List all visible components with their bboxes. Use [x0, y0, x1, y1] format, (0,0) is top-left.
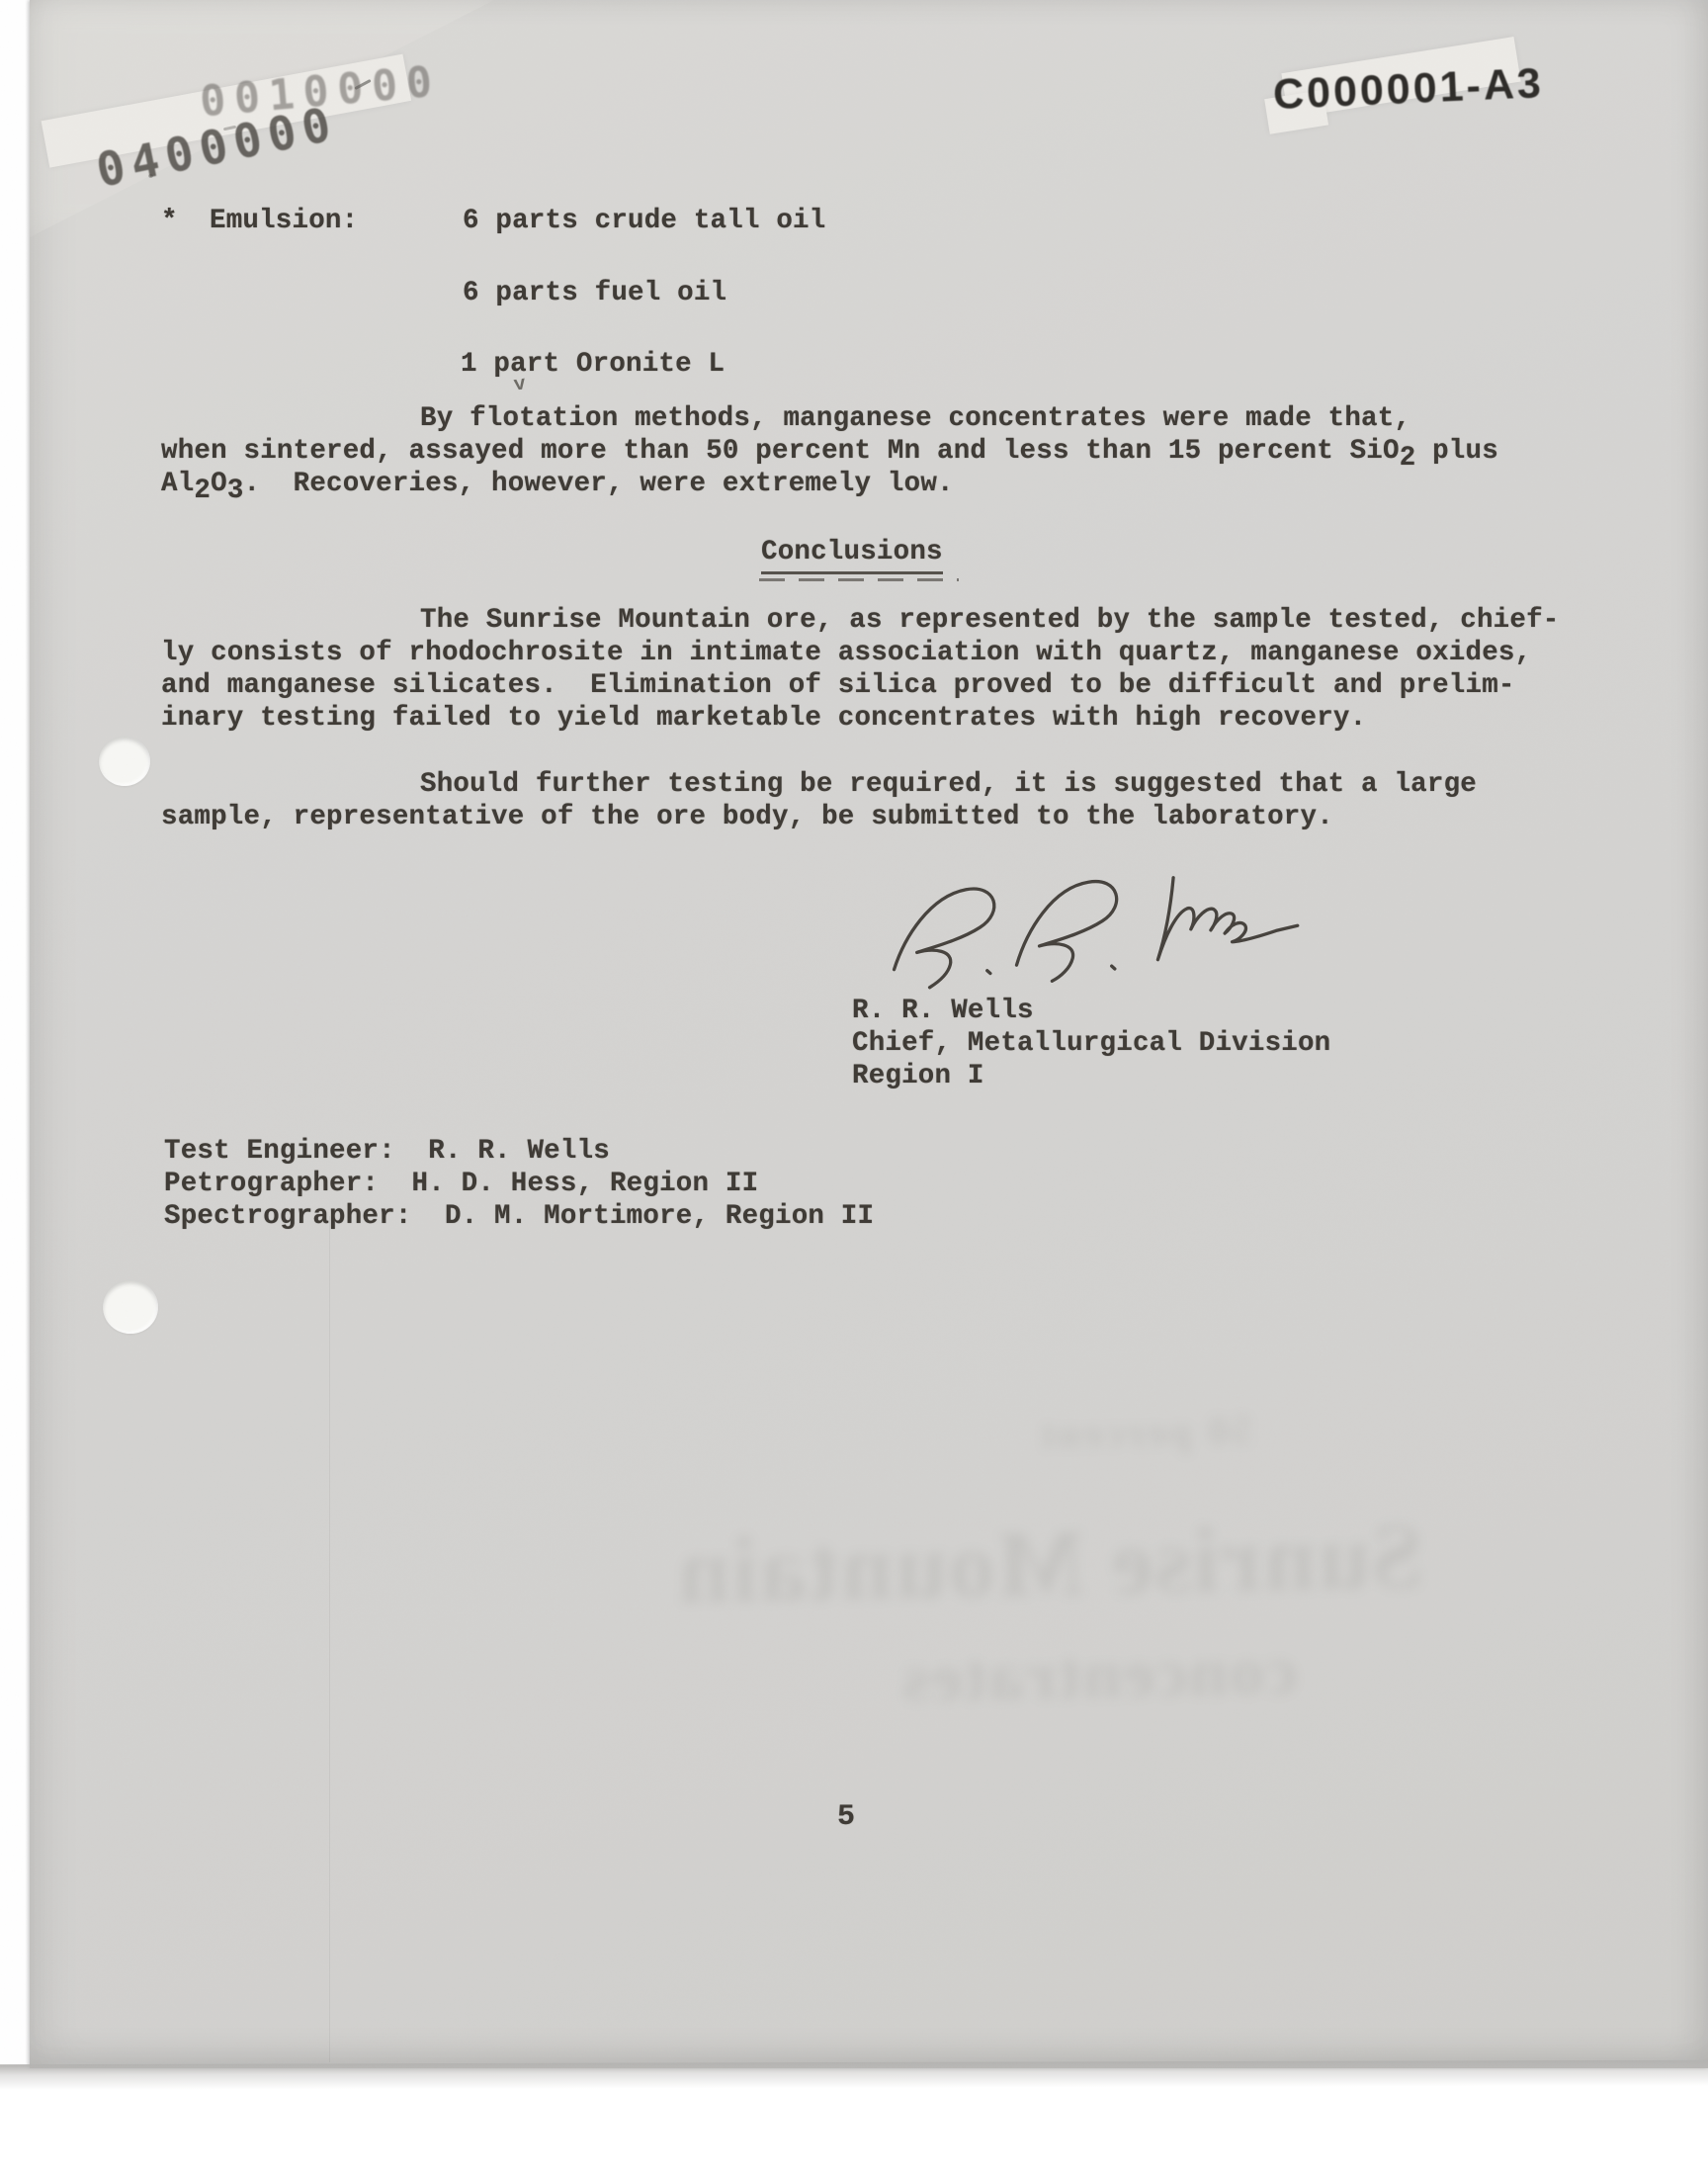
line-fragment: Al — [161, 469, 194, 499]
line-fragment: plus — [1415, 436, 1498, 467]
emulsion-item: 6 parts crude tall oil — [463, 206, 825, 237]
crease-line — [329, 1216, 330, 2062]
footnote-marker: * — [161, 206, 178, 237]
staff-line: Petrographer: H. D. Hess, Region II — [164, 1169, 758, 1200]
heading-text: Conclusions — [761, 537, 943, 574]
paragraph-line: Al2O3. Recoveries, however, were extreme… — [161, 469, 954, 500]
subscript: 3 — [227, 476, 244, 506]
line-fragment: . Recoveries, however, were extremely lo… — [244, 469, 954, 499]
page-number: 5 — [837, 1801, 855, 1833]
paragraph-line: and manganese silicates. Elimination of … — [161, 670, 1515, 702]
emulsion-item: 1 part Oronite L — [461, 349, 725, 381]
signature-script — [872, 856, 1318, 1012]
subscript: 2 — [194, 476, 211, 506]
signer-region: Region I — [852, 1061, 984, 1092]
paragraph-line: when sintered, assayed more than 50 perc… — [161, 436, 1498, 468]
line-fragment: O — [211, 469, 227, 499]
paragraph-line: sample, representative of the ore body, … — [161, 802, 1333, 833]
emulsion-item: 6 parts fuel oil — [463, 278, 726, 309]
hole-punch — [99, 737, 150, 786]
subscript: 2 — [1400, 443, 1416, 474]
heading-underline-dashes — [759, 578, 959, 581]
signer-title: Chief, Metallurgical Division — [852, 1028, 1330, 1060]
paragraph-line: By flotation methods, manganese concentr… — [420, 403, 1410, 435]
page-bottom-edge-shadow — [0, 2060, 1708, 2091]
emulsion-label: Emulsion: — [210, 206, 358, 237]
signer-name: R. R. Wells — [852, 996, 1034, 1027]
paragraph-line: Should further testing be required, it i… — [420, 769, 1477, 801]
section-heading: Conclusions — [761, 537, 943, 574]
paragraph-line: inary testing failed to yield marketable… — [161, 703, 1366, 735]
paragraph-line: ly consists of rhodochrosite in intimate… — [161, 638, 1531, 669]
hole-punch — [103, 1280, 158, 1334]
line-fragment: when sintered, assayed more than 50 perc… — [161, 436, 1400, 467]
scanned-page: 50 percent Sunrise Mountain concentrates… — [0, 0, 1708, 2175]
paragraph-line: The Sunrise Mountain ore, as represented… — [420, 605, 1560, 637]
staff-line: Test Engineer: R. R. Wells — [164, 1136, 610, 1168]
staff-line: Spectrographer: D. M. Mortimore, Region … — [164, 1201, 874, 1233]
